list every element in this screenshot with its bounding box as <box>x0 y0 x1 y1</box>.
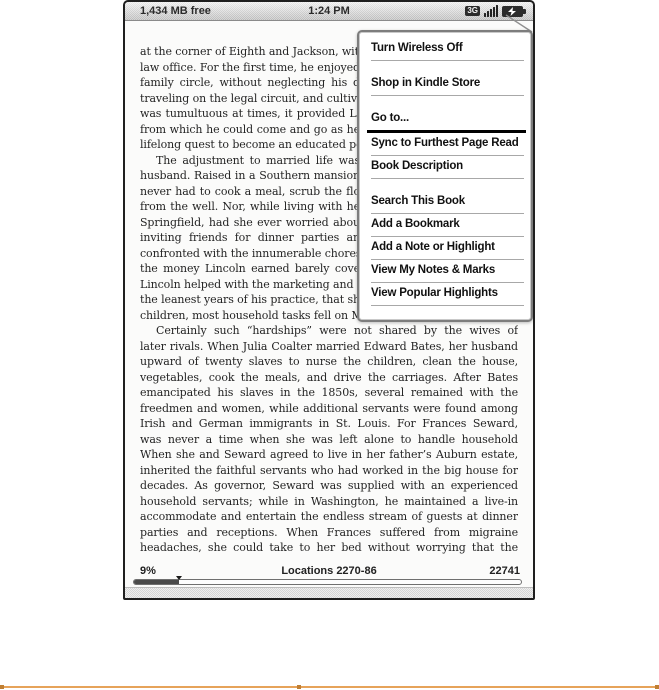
status-bar: 1,434 MB free 1:24 PM 3G <box>125 2 533 21</box>
book-text-line: husband. Raised in a Southern mansion <box>140 168 360 184</box>
menu-item-sync-to-furthest-page[interactable]: Sync to Furthest Page Read <box>371 133 524 156</box>
kindle-screen: 1,434 MB free 1:24 PM 3G at the corner o… <box>123 0 535 600</box>
book-text-line: the leanest years of his practice, that … <box>140 292 360 308</box>
menu-item-view-popular-highlights[interactable]: View Popular Highlights <box>371 283 524 306</box>
menu-item-book-description[interactable]: Book Description <box>371 156 524 179</box>
book-text-line: was never a time when she was left alone… <box>140 432 518 448</box>
book-text-line: Certainly such “hardships” were not shar… <box>140 323 518 339</box>
book-text-line: confronted with the innumerable chores <box>140 246 360 262</box>
menu-item-go-to[interactable]: Go to... <box>367 108 526 133</box>
progress-marker-icon <box>176 576 182 580</box>
locations-label: Locations 2270-86 <box>125 565 533 577</box>
book-text-line: children, most household tasks fell on M… <box>140 308 360 324</box>
book-text-line: was tumultuous at times, it provided Li <box>140 106 360 122</box>
progress-bar <box>133 579 522 585</box>
book-text-line: emancipated his slaves in the 1850s, sev… <box>140 385 518 401</box>
accent-tick <box>655 685 659 689</box>
book-text-line: family circle, without neglecting his d <box>140 75 360 91</box>
book-text-column: Certainly such “hardships” were not shar… <box>140 323 518 556</box>
book-text-line: traveling on the legal circuit, and cult… <box>140 91 360 107</box>
book-text-line: from which he could come and go as he <box>140 122 360 138</box>
book-text-line: upward of twenty slaves to nurse the chi… <box>140 354 518 370</box>
book-text-line: vegetables, cook the meals, and drive th… <box>140 370 518 386</box>
menu-item-search-this-book[interactable]: Search This Book <box>371 191 524 214</box>
menu-item-add-a-note-or-highlight[interactable]: Add a Note or Highlight <box>371 237 524 260</box>
screenshot-page: 1,434 MB free 1:24 PM 3G at the corner o… <box>0 0 659 690</box>
accent-tick <box>297 685 301 689</box>
total-locations-label: 22741 <box>489 565 520 577</box>
accent-tick <box>0 685 4 689</box>
book-text-line: at the corner of Eighth and Jackson, wit… <box>140 44 360 60</box>
context-menu: Turn Wireless Off Shop in Kindle Store G… <box>357 30 533 322</box>
book-text-line: never had to cook a meal, scrub the flo <box>140 184 360 200</box>
book-text-line: lifelong quest to become an educated per… <box>140 137 360 153</box>
book-text-line: When she and Seward agreed to live in he… <box>140 447 518 463</box>
book-text-line: Lincoln helped with the marketing and th <box>140 277 360 293</box>
menu-item-add-a-bookmark[interactable]: Add a Bookmark <box>371 214 524 237</box>
bottom-accent-line <box>0 686 659 688</box>
menu-item-turn-wireless-off[interactable]: Turn Wireless Off <box>371 38 524 61</box>
status-icons: 3G <box>465 4 523 18</box>
book-text-line: freedmen and women, while additional ser… <box>140 401 518 417</box>
book-text-line: headaches, she could take to her bed wit… <box>140 540 518 556</box>
book-text-line: the money Lincoln earned barely cove <box>140 261 360 277</box>
book-text-line: Irish and German immigrants in St. Louis… <box>140 416 518 432</box>
battery-charging-icon <box>502 6 523 17</box>
book-text-line: from the well. Nor, while living with he <box>140 199 360 215</box>
book-text-line: decades. As governor, Seward was supplie… <box>140 478 518 494</box>
progress-fill <box>134 580 179 584</box>
book-text-line: law office. For the first time, he enjoy… <box>140 60 360 76</box>
menu-item-shop-in-kindle-store[interactable]: Shop in Kindle Store <box>371 73 524 96</box>
book-text-line: household servants; while in Washington,… <box>140 494 518 510</box>
menu-item-view-my-notes-marks[interactable]: View My Notes & Marks <box>371 260 524 283</box>
book-text-column: at the corner of Eighth and Jackson, wit… <box>140 44 360 323</box>
reading-footer: 9% Locations 2270-86 22741 <box>125 565 533 579</box>
book-text-line: parties and receptions. When Frances suf… <box>140 525 518 541</box>
book-text-line: accommodate and entertain the endless st… <box>140 509 518 525</box>
book-text-line: Springfield, had she ever worried abou <box>140 215 360 231</box>
book-text-line: inviting friends for dinner parties an <box>140 230 360 246</box>
signal-strength-icon <box>484 5 498 17</box>
screen-bottom-bezel <box>125 587 533 598</box>
book-text-line: later rivals. When Julia Coalter married… <box>140 339 518 355</box>
network-3g-icon: 3G <box>465 6 480 16</box>
book-text-line: inherited the faithful servants who had … <box>140 463 518 479</box>
book-text-line: The adjustment to married life was <box>140 153 360 169</box>
